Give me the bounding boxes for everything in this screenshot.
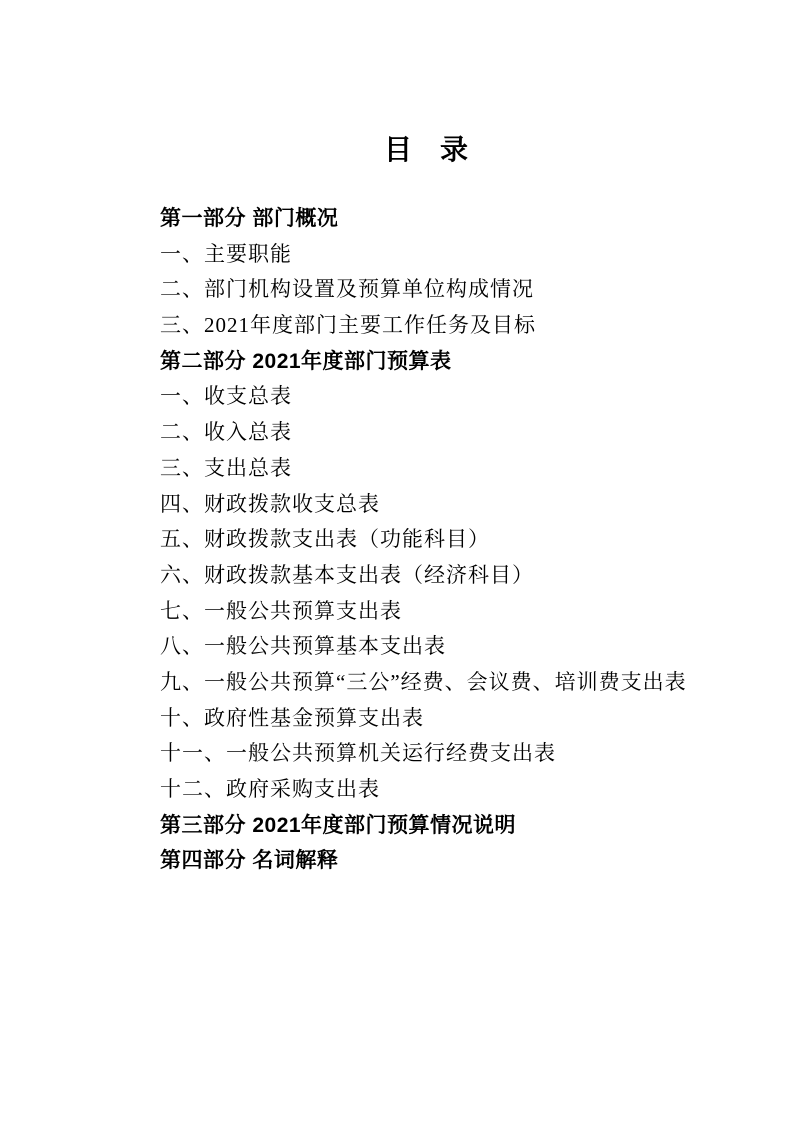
toc-item: 一、收支总表 xyxy=(160,379,794,415)
toc-list: 第一部分 部门概况一、主要职能二、部门机构设置及预算单位构成情况三、2021年度… xyxy=(160,201,794,879)
toc-section-heading: 第一部分 部门概况 xyxy=(160,201,794,237)
toc-section-heading: 第二部分 2021年度部门预算表 xyxy=(160,344,794,380)
toc-item: 三、支出总表 xyxy=(160,451,794,487)
page-title: 目 录 xyxy=(0,0,794,171)
toc-item: 四、财政拨款收支总表 xyxy=(160,487,794,523)
toc-item: 十二、政府采购支出表 xyxy=(160,772,794,808)
toc-item: 十一、一般公共预算机关运行经费支出表 xyxy=(160,736,794,772)
toc-item: 二、收入总表 xyxy=(160,415,794,451)
toc-item: 五、财政拨款支出表（功能科目） xyxy=(160,522,794,558)
toc-item: 二、部门机构设置及预算单位构成情况 xyxy=(160,272,794,308)
toc-item: 三、2021年度部门主要工作任务及目标 xyxy=(160,308,794,344)
toc-section-heading: 第四部分 名词解释 xyxy=(160,843,794,879)
toc-item: 七、一般公共预算支出表 xyxy=(160,594,794,630)
toc-section-heading: 第三部分 2021年度部门预算情况说明 xyxy=(160,808,794,844)
toc-item: 六、财政拨款基本支出表（经济科目） xyxy=(160,558,794,594)
document-page: 目 录 第一部分 部门概况一、主要职能二、部门机构设置及预算单位构成情况三、20… xyxy=(0,0,794,1123)
toc-item: 八、一般公共预算基本支出表 xyxy=(160,629,794,665)
toc-item: 十、政府性基金预算支出表 xyxy=(160,701,794,737)
toc-item: 九、一般公共预算“三公”经费、会议费、培训费支出表 xyxy=(160,665,794,701)
toc-item: 一、主要职能 xyxy=(160,237,794,273)
